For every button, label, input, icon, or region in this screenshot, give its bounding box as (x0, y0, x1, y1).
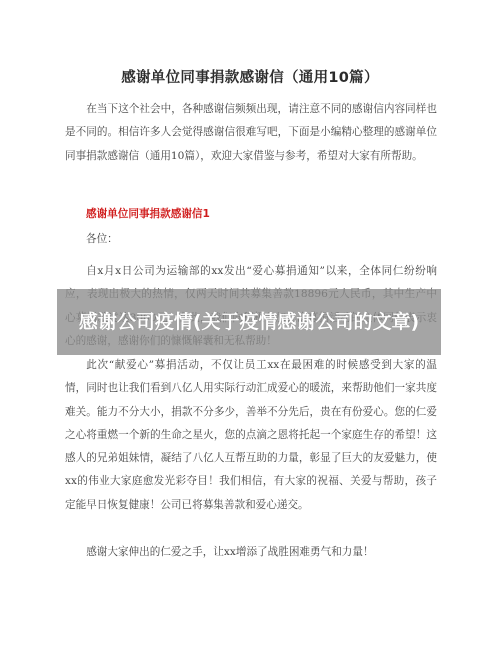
greeting-text: 各位： (86, 228, 458, 251)
document-page: 感谢单位同事捐款感谢信（通用10篇） 在当下这个社会中，各种感谢信频频出现，请注… (0, 0, 500, 647)
article-title-banner[interactable]: 感谢公司疫情(关于疫情感谢公司的文章) (57, 289, 441, 355)
intro-paragraph: 在当下这个社会中，各种感谢信频频出现，请注意不同的感谢信内容同样也是不同的。相信… (65, 98, 437, 168)
body-paragraph-3: 感谢大家伸出的仁爱之手，让xx增添了战胜困难勇气和力量！ (65, 541, 437, 564)
section-heading: 感谢单位同事捐款感谢信1 (86, 206, 210, 221)
article-title-text[interactable]: 感谢公司疫情(关于疫情感谢公司的文章) (69, 311, 429, 334)
document-title: 感谢单位同事捐款感谢信（通用10篇） (0, 66, 500, 87)
body-paragraph-2: 此次“献爱心”募捐活动，不仅让员工xx在最困难的时候感受到大家的温情，同时也让我… (65, 354, 437, 517)
